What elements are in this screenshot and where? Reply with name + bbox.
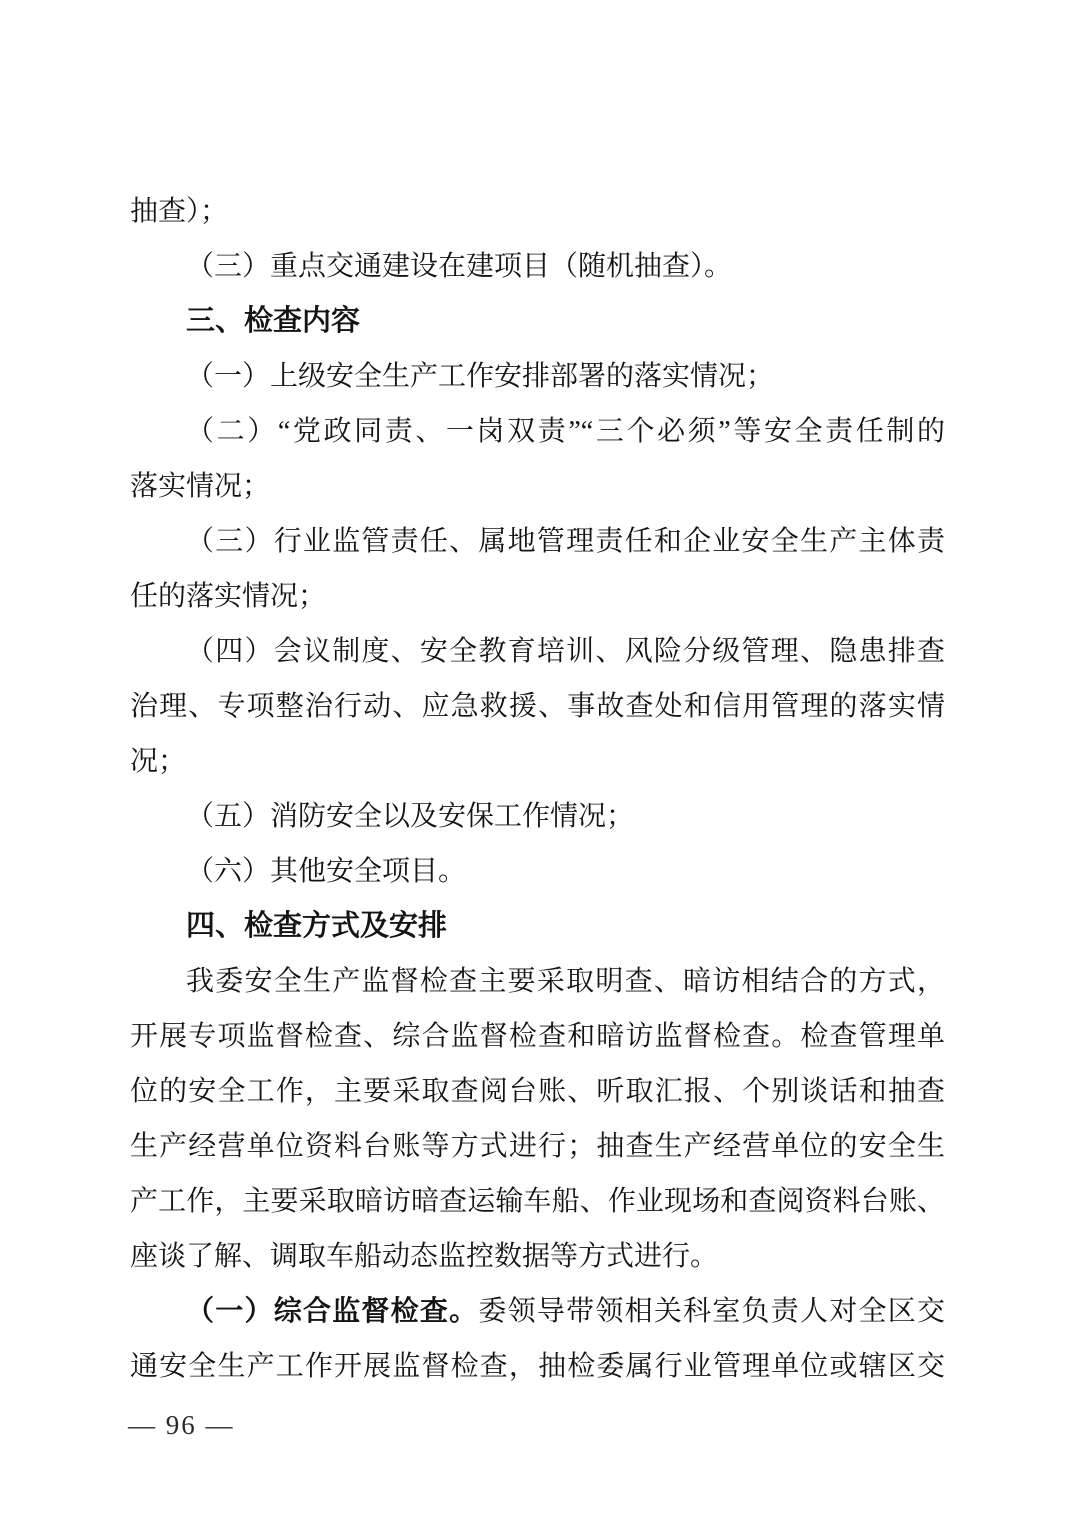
text-line: 产工作，主要采取暗访暗查运输车船、作业现场和查阅资料台账、 (130, 1174, 945, 1229)
text-line: 治理、专项整治行动、应急救援、事故查处和信用管理的落实情 (130, 679, 945, 734)
page-number: — 96 — (128, 1398, 235, 1453)
text-line: 抽查）； (130, 184, 945, 239)
text-line: （一）综合监督检查。委领导带领相关科室负责人对全区交 (130, 1284, 945, 1339)
text-run: 委领导带领相关科室负责人对全区交 (478, 1296, 945, 1327)
document-body: 抽查）； （三）重点交通建设在建项目（随机抽查）。 三、检查内容 （一）上级安全… (130, 184, 945, 1394)
text-line: （五）消防安全以及安保工作情况； (130, 789, 945, 844)
section-heading: 四、检查方式及安排 (130, 899, 945, 954)
text-line: 落实情况； (130, 459, 945, 514)
text-line: （三）重点交通建设在建项目（随机抽查）。 (130, 239, 945, 294)
section-heading: 三、检查内容 (130, 294, 945, 349)
text-line: 况； (130, 734, 945, 789)
text-line: 位的安全工作，主要采取查阅台账、听取汇报、个别谈话和抽查 (130, 1064, 945, 1119)
text-line: （六）其他安全项目。 (130, 844, 945, 899)
text-line: （三）行业监管责任、属地管理责任和企业安全生产主体责 (130, 514, 945, 569)
text-line: （二）“党政同责、一岗双责”“三个必须”等安全责任制的 (130, 404, 945, 459)
document-page: 抽查）； （三）重点交通建设在建项目（随机抽查）。 三、检查内容 （一）上级安全… (0, 0, 1074, 1520)
text-line: 通安全生产工作开展监督检查，抽检委属行业管理单位或辖区交 (130, 1339, 945, 1394)
text-line: 开展专项监督检查、综合监督检查和暗访监督检查。检查管理单 (130, 1009, 945, 1064)
text-line: 任的落实情况； (130, 569, 945, 624)
text-line: （四）会议制度、安全教育培训、风险分级管理、隐患排查 (130, 624, 945, 679)
bold-run-in-label: （一）综合监督检查。 (186, 1296, 478, 1327)
text-line: 座谈了解、调取车船动态监控数据等方式进行。 (130, 1229, 945, 1284)
text-line: 生产经营单位资料台账等方式进行；抽查生产经营单位的安全生 (130, 1119, 945, 1174)
text-line: 我委安全生产监督检查主要采取明查、暗访相结合的方式， (130, 954, 945, 1009)
text-line: （一）上级安全生产工作安排部署的落实情况； (130, 349, 945, 404)
